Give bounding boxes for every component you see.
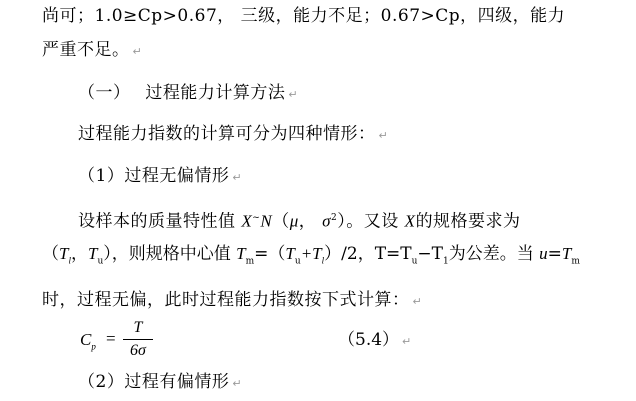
- equation-number-text: （5.4）: [338, 330, 399, 350]
- paragraph-line: （Tl，Tu），则规格中心值 Tm=（Tu+Tl）/2，T=Tu−T1为公差。当…: [42, 244, 580, 264]
- text: 的规格要求为: [416, 212, 521, 232]
- text: （2）过程有偏情形: [78, 372, 229, 392]
- paragraph-mark-icon: ↵: [413, 295, 423, 308]
- equals-sign: =: [106, 329, 116, 349]
- paragraph-mark-icon: ↵: [288, 88, 298, 101]
- denominator: 6σ: [123, 341, 153, 361]
- heading-text: （一） 过程能力计算方法: [78, 83, 285, 103]
- text: 时，过程无偏，此时过程能力指数按下式计算：: [42, 290, 410, 310]
- math-var: N: [260, 212, 272, 231]
- text: （1）过程无偏情形: [78, 166, 229, 186]
- text: （: [42, 244, 59, 264]
- text: ），则规格中心值: [103, 244, 236, 264]
- math-symbol: +: [301, 244, 312, 263]
- paragraph-line: 过程能力指数的计算可分为四种情形：↵: [78, 124, 388, 144]
- math-var: T: [236, 244, 245, 263]
- text: −T: [417, 244, 443, 264]
- math-var: T: [312, 244, 321, 263]
- math-subscript: m: [571, 256, 580, 266]
- math-var: X: [405, 212, 416, 231]
- math-var: u: [539, 244, 548, 263]
- text: ，: [71, 244, 88, 264]
- text: ，: [299, 212, 322, 232]
- text: =（: [254, 244, 285, 264]
- text: 设样本的质量特性值: [78, 212, 241, 232]
- paragraph-line: 时，过程无偏，此时过程能力指数按下式计算：↵: [42, 290, 422, 310]
- formula-lhs: Cp: [80, 330, 96, 351]
- paragraph-mark-icon: ↵: [133, 45, 143, 58]
- paragraph-mark-icon: ↵: [232, 171, 242, 184]
- paragraph-mark-icon: ↵: [232, 377, 242, 390]
- text: 过程能力指数的计算可分为四种情形：: [78, 124, 376, 144]
- text: （: [272, 212, 290, 232]
- math-var: C: [80, 330, 91, 349]
- math-var: T: [562, 244, 571, 263]
- text: 严重不足。: [42, 40, 130, 60]
- paragraph-line: 设样本的质量特性值 X~N（μ， σ2）。又设 X的规格要求为: [78, 208, 521, 228]
- paragraph-mark-icon: ↵: [379, 129, 389, 142]
- text: 尚可；1.0≥Cp>0.67， 三级，能力不足；0.67>Cp，四级，能力: [42, 6, 565, 26]
- math-subscript: p: [91, 341, 96, 351]
- math-var: X: [241, 212, 252, 231]
- case-heading: （2）过程有偏情形↵: [78, 372, 242, 392]
- text: ）/2，T=T: [324, 244, 411, 264]
- fraction: T 6σ: [123, 318, 153, 361]
- math-var: σ: [322, 212, 331, 231]
- paragraph-line: 严重不足。↵: [42, 40, 142, 60]
- paragraph-line: 尚可；1.0≥Cp>0.67， 三级，能力不足；0.67>Cp，四级，能力: [42, 6, 565, 26]
- section-heading: （一） 过程能力计算方法↵: [78, 83, 298, 103]
- case-heading: （1）过程无偏情形↵: [78, 166, 242, 186]
- paragraph-mark-icon: ↵: [402, 335, 411, 348]
- math-var: μ: [290, 212, 299, 231]
- math-subscript: m: [246, 256, 255, 266]
- math-var: T: [285, 244, 294, 263]
- equation-number: （5.4）↵: [338, 330, 411, 352]
- text: 为公差。当: [449, 244, 539, 264]
- numerator: T: [123, 318, 153, 338]
- text: ）。又设: [337, 212, 404, 232]
- text: =: [548, 244, 562, 264]
- fraction-bar: [123, 339, 153, 340]
